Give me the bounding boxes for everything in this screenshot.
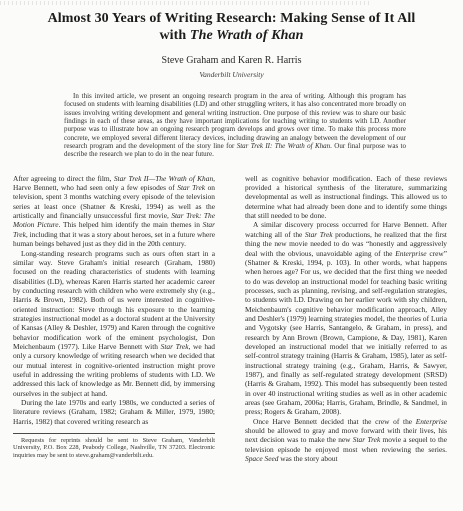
right-paragraph-1: well as cognitive behavior modification.… <box>245 174 447 221</box>
right-paragraph-3: Once Harve Bennett decided that the crew… <box>245 417 447 464</box>
affiliation-line: Vanderbilt University <box>0 70 463 79</box>
scan-artifact-dots <box>0 1 372 5</box>
left-paragraph-3: During the late 1970s and early 1980s, w… <box>13 398 215 426</box>
left-paragraph-2: Long-standing research programs such as … <box>13 249 215 399</box>
title-line-2: with The Wrath of Khan <box>0 28 463 45</box>
body-columns: After agreeing to direct the film, Star … <box>13 174 447 464</box>
left-column: After agreeing to direct the film, Star … <box>13 174 215 464</box>
paper-page: Almost 30 Years of Writing Research: Mak… <box>0 0 463 511</box>
abstract-block: In this invited article, we present an o… <box>64 92 406 159</box>
page-title: Almost 30 Years of Writing Research: Mak… <box>0 0 463 44</box>
title-line-1: Almost 30 Years of Writing Research: Mak… <box>0 11 463 28</box>
authors-line: Steve Graham and Karen R. Harris <box>0 55 463 66</box>
right-paragraph-2: A similar discovery process occurred for… <box>245 220 447 416</box>
reprint-footnote: Requests for reprints should be sent to … <box>13 433 215 459</box>
right-column: well as cognitive behavior modification.… <box>245 174 447 464</box>
left-paragraph-1: After agreeing to direct the film, Star … <box>13 174 215 249</box>
